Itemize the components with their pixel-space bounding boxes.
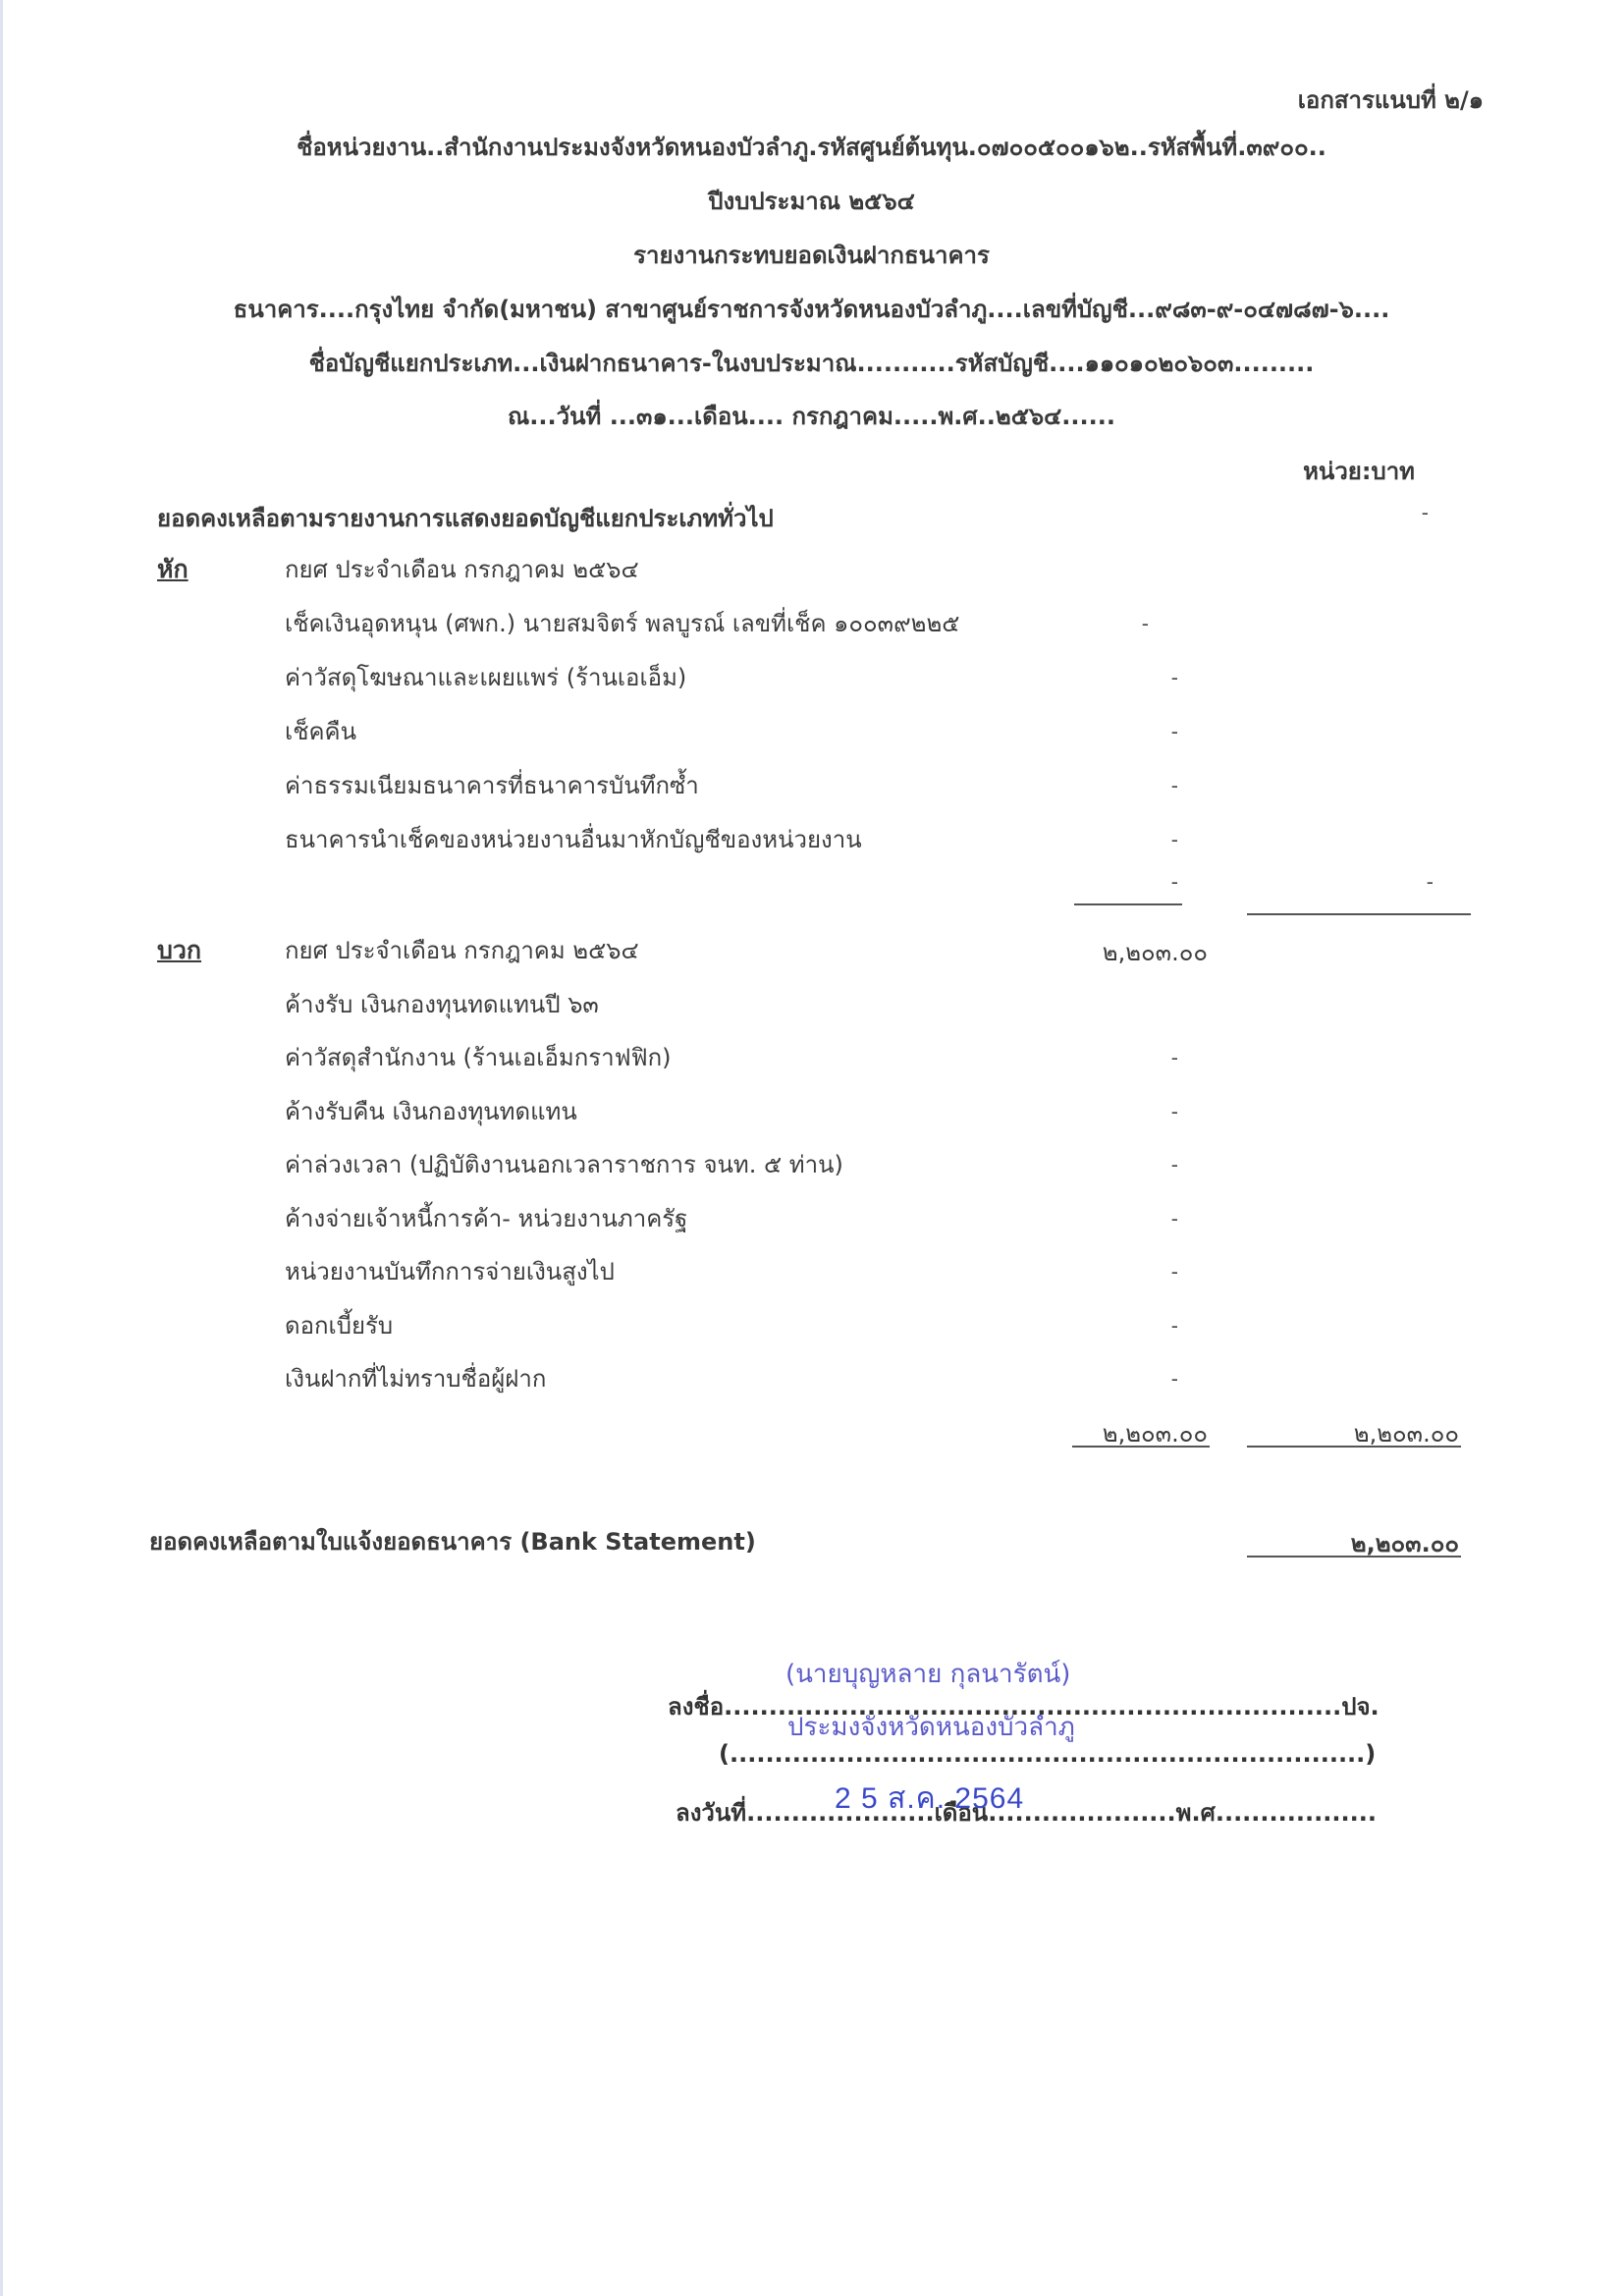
date-line: ณ...วันที่ ...๓๑...เดือน.... กรกฎาคม....… (0, 397, 1623, 435)
deduct-item-value: - (1080, 720, 1178, 743)
deduct-item-value: - (1080, 828, 1178, 851)
date-sign-line: ลงวันที่.....................เดือน......… (676, 1793, 1377, 1831)
add-item-text: ค้างจ่ายเจ้าหนี้การค้า- หน่วยงานภาครัฐ (285, 1199, 687, 1237)
add-item-text: เงินฝากที่ไม่ทราบชื่อผู้ฝาก (285, 1359, 546, 1397)
add-item-text: ดอกเบี้ยรับ (285, 1306, 393, 1344)
deduct-item-text: เช็คเงินอุดหนุน (ศพก.) นายสมจิตร์ พลบูรณ… (285, 604, 959, 642)
deduct-item-value: - (1051, 612, 1149, 635)
add-item-value: - (1080, 1367, 1178, 1391)
name-line: (.......................................… (719, 1740, 1376, 1768)
deduct-item-text: ค่าธรรมเนียมธนาคารที่ธนาคารบันทึกซ้ำ (285, 766, 699, 804)
deduct-item-text: กยศ ประจำเดือน กรกฎาคม ๒๕๖๔ (285, 550, 639, 588)
deduct-item-value: - (1080, 666, 1178, 689)
add-item-value: ๒,๒๐๓.๐๐ (1060, 933, 1208, 971)
deduct-total-underline (1247, 913, 1471, 915)
report-title: รายงานกระทบยอดเงินฝากธนาคาร (0, 236, 1623, 274)
add-item-value: - (1080, 1207, 1178, 1230)
add-item-text: ค่าล่วงเวลา (ปฏิบัติงานนอกเวลาราชการ จนท… (285, 1145, 843, 1183)
add-item-value: - (1080, 1153, 1178, 1176)
add-item-value: - (1080, 1314, 1178, 1338)
account-line: ชื่อบัญชีแยกประเภท...เงินฝากธนาคาร-ในงบป… (0, 344, 1623, 382)
add-item-text: หน่วยงานบันทึกการจ่ายเงินสูงไป (285, 1252, 615, 1290)
add-item-value: - (1080, 1260, 1178, 1284)
ledger-balance-value: - (1370, 501, 1429, 524)
deduct-item-text: เช็คคืน (285, 712, 356, 750)
add-item-value: - (1080, 1100, 1178, 1123)
deduct-item-text: ธนาคารนำเช็คของหน่วยงานอื่นมาหักบัญชีของ… (285, 820, 862, 858)
deduct-item-text: ค่าวัสดุโฆษณาและเผยแพร่ (ร้านเอเอ็ม) (285, 658, 686, 696)
add-item-text: ค้างรับคืน เงินกองทุนทดแทน (285, 1092, 577, 1130)
unit-label: หน่วย:บาท (1303, 452, 1415, 490)
add-item-text: ค่าวัสดุสำนักงาน (ร้านเอเอ็มกราฟฟิก) (285, 1038, 672, 1076)
ledger-balance-label: ยอดคงเหลือตามรายงานการแสดงยอดบัญชีแยกประ… (157, 499, 774, 537)
fiscal-year: ปีงบประมาณ ๒๕๖๔ (0, 182, 1623, 220)
attachment-number: เอกสารแนบที่ ๒/๑ (1298, 81, 1484, 119)
bank-statement-label: ยอดคงเหลือตามใบแจ้งยอดธนาคาร (Bank State… (149, 1522, 756, 1560)
deduct-label: หัก (157, 550, 189, 589)
deduct-subtotal: - (1080, 870, 1178, 894)
agency-line: ชื่อหน่วยงาน..สำนักงานประมงจังหวัดหนองบั… (0, 128, 1623, 166)
add-label: บวก (157, 931, 201, 970)
bank-statement-underline (1247, 1556, 1461, 1558)
bank-line: ธนาคาร....กรุงไทย จำกัด(มหาชน) สาขาศูนย์… (0, 290, 1623, 328)
deduct-item-value: - (1080, 774, 1178, 797)
deduct-subtotal-underline (1074, 903, 1182, 905)
deduct-total: - (1335, 870, 1434, 894)
add-subtotal-underline (1072, 1446, 1210, 1448)
add-item-text: กยศ ประจำเดือน กรกฎาคม ๒๕๖๔ (285, 931, 639, 969)
add-total-underline (1247, 1446, 1461, 1448)
add-item-value: - (1080, 1046, 1178, 1069)
date-stamp: 2 5 ส.ค. 2564 (835, 1776, 1024, 1822)
add-item-text: ค้างรับ เงินกองทุนทดแทนปี ๖๓ (285, 985, 599, 1023)
